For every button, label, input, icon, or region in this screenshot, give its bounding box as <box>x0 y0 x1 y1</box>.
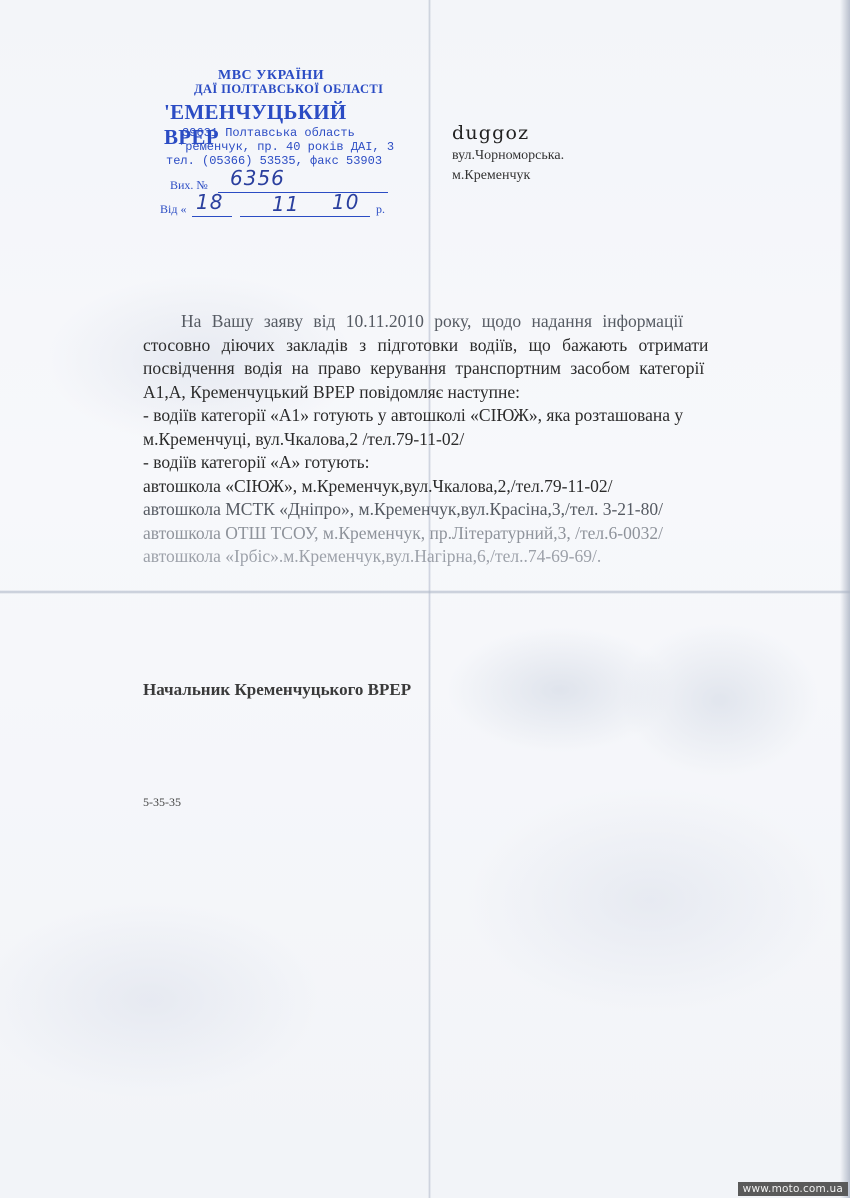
a1-line-1: - водіїв категорії «А1» готують у автошк… <box>143 404 783 428</box>
letter-body: На Вашу заяву від 10.11.2010 року, щодо … <box>143 310 783 569</box>
school-item-otsh-tsou: автошкола ОТШ ТСОУ, м.Кременчук, пр.Літе… <box>143 522 783 546</box>
outgoing-number-handwritten: 6356 <box>230 166 285 190</box>
school-item-irbis: автошкола «Ірбіс».м.Кременчук,вул.Нагірн… <box>143 545 783 569</box>
recipient-street: вул.Чорноморська. <box>452 148 564 164</box>
paper-edge-shadow <box>840 0 850 1198</box>
signature-title: Начальник Кременчуцького ВРЕР <box>143 680 411 700</box>
executor-phone: 5-35-35 <box>143 795 181 810</box>
a-category-heading: - водіїв категорії «А» готують: <box>143 451 783 475</box>
intro-line-3: посвідчення водія на право керування тра… <box>143 357 783 381</box>
stamp-address: 'ременчук, пр. 40 років ДАІ, 3 <box>178 140 394 154</box>
horizontal-fold-crease <box>0 590 850 594</box>
date-day-handwritten: 18 <box>196 190 223 214</box>
stamp-department: ДАЇ ПОЛТАВСЬКОЇ ОБЛАСТІ <box>194 82 383 97</box>
recipient-city: м.Кременчук <box>452 168 564 184</box>
date-label: Від « <box>160 202 186 216</box>
site-watermark: www.moto.com.ua <box>738 1182 848 1196</box>
stamp-postal-region: 39631 Полтавська область <box>182 126 355 140</box>
a1-line-2: м.Кременчуці, вул.Чкалова,2 /тел.79-11-0… <box>143 428 783 452</box>
outgoing-number-underline <box>218 192 388 193</box>
school-item-siyuzh: автошкола «СІЮЖ», м.Кременчук,вул.Чкалов… <box>143 475 783 499</box>
date-day-underline <box>192 216 232 217</box>
scanned-paper <box>0 0 850 1198</box>
date-rest-underline <box>240 216 370 217</box>
year-suffix: р. <box>376 202 385 217</box>
intro-line-4: А1,А, Кременчуцький ВРЕР повідомляє наст… <box>143 381 783 405</box>
date-year-handwritten: 10 <box>332 190 359 214</box>
intro-line-1: На Вашу заяву від 10.11.2010 року, щодо … <box>143 310 783 334</box>
date-month-handwritten: 11 <box>272 192 299 216</box>
recipient-block: duggoz вул.Чорноморська. м.Кременчук <box>452 122 564 184</box>
vertical-fold-crease <box>428 0 431 1198</box>
school-item-dnipro: автошкола МСТК «Дніпро», м.Кременчук,вул… <box>143 498 783 522</box>
recipient-name: duggoz <box>452 122 564 144</box>
intro-line-2: стосовно діючих закладів з підготовки во… <box>143 334 783 358</box>
date-row: Від « 18 11 10 р. <box>160 202 395 217</box>
